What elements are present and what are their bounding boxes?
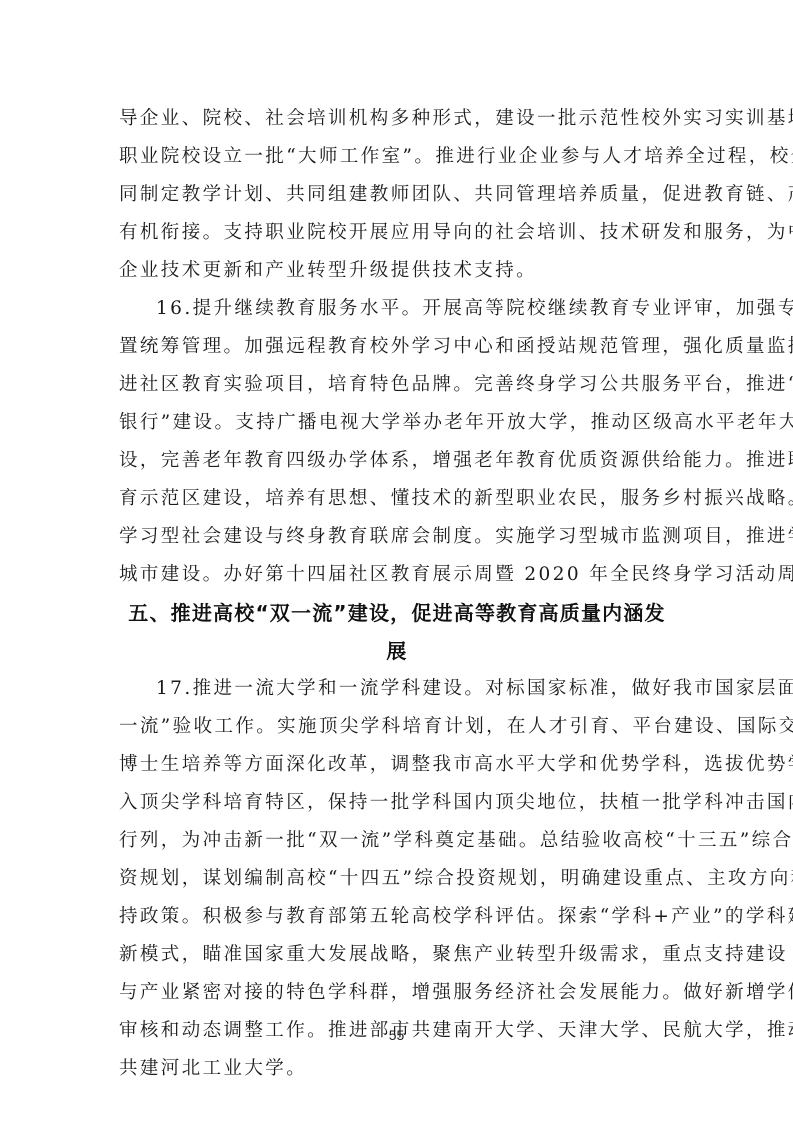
- text-line: 企业技术更新和产业转型升级提供技术支持。: [119, 252, 675, 290]
- page-number: 55: [0, 1027, 793, 1043]
- text-line: 行列，为冲击新一批“双一流”学科奠定基础。总结验收高校“十三五”综合投: [119, 822, 675, 860]
- text-line: 16.提升继续教育服务水平。开展高等院校继续教育专业评审，加强专业设: [119, 290, 675, 328]
- text-line: 有机衔接。支持职业院校开展应用导向的社会培训、技术研发和服务，为中小微: [119, 214, 675, 252]
- section-heading: 五、推进高校“双一流”建设，促进高等教育高质量内涵发展: [119, 594, 675, 670]
- text-line: 新模式，瞄准国家重大发展战略，聚焦产业转型升级需求，重点支持建设 81 个: [119, 936, 675, 974]
- text-line: 职业院校设立一批“大师工作室”。推进行业企业参与人才培养全过程，校企共: [119, 138, 675, 176]
- text-line: 持政策。积极参与教育部第五轮高校学科评估。探索“学科+产业”的学科建设: [119, 898, 675, 936]
- text-line: 城市建设。办好第十四届社区教育展示周暨 2020 年全民终身学习活动周。: [119, 556, 675, 594]
- paragraph-vocational-continued: 导企业、院校、社会培训机构多种形式，建设一批示范性校外实习实训基地。在 职业院校…: [119, 100, 675, 290]
- text-line: 设，完善老年教育四级办学体系，增强老年教育优质资源供给能力。推进职成教: [119, 442, 675, 480]
- text-line: 与产业紧密对接的特色学科群，增强服务经济社会发展能力。做好新增学位授权: [119, 974, 675, 1012]
- text-line: 博士生培养等方面深化改革，调整我市高水平大学和优势学科，选拔优势学科进: [119, 746, 675, 784]
- document-page: 导企业、院校、社会培训机构多种形式，建设一批示范性校外实习实训基地。在 职业院校…: [119, 100, 675, 1088]
- text-line: 一流”验收工作。实施顶尖学科培育计划，在人才引育、平台建设、国际交流、: [119, 708, 675, 746]
- text-line: 资规划，谋划编制高校“十四五”综合投资规划，明确建设重点、主攻方向和支: [119, 860, 675, 898]
- text-line: 导企业、院校、社会培训机构多种形式，建设一批示范性校外实习实训基地。在: [119, 100, 675, 138]
- text-line: 同制定教学计划、共同组建教师团队、共同管理培养质量，促进教育链、产业链: [119, 176, 675, 214]
- text-line: 进社区教育实验项目，培育特色品牌。完善终身学习公共服务平台，推进“学分: [119, 366, 675, 404]
- text-line: 共建河北工业大学。: [119, 1050, 675, 1088]
- text-line: 育示范区建设，培养有思想、懂技术的新型职业农民，服务乡村振兴战略。建立: [119, 480, 675, 518]
- text-line: 入顶尖学科培育特区，保持一批学科国内顶尖地位，扶植一批学科冲击国内顶尖: [119, 784, 675, 822]
- text-line: 置统筹管理。加强远程教育校外学习中心和函授站规范管理，强化质量监控。推: [119, 328, 675, 366]
- text-line: 17.推进一流大学和一流学科建设。对标国家标准，做好我市国家层面“双: [119, 670, 675, 708]
- text-line: 学习型社会建设与终身教育联席会制度。实施学习型城市监测项目，推进学习型: [119, 518, 675, 556]
- text-line: 银行”建设。支持广播电视大学举办老年开放大学，推动区级高水平老年大学建: [119, 404, 675, 442]
- paragraph-17-double-first-class: 17.推进一流大学和一流学科建设。对标国家标准，做好我市国家层面“双 一流”验收…: [119, 670, 675, 1088]
- paragraph-16-continuing-education: 16.提升继续教育服务水平。开展高等院校继续教育专业评审，加强专业设 置统筹管理…: [119, 290, 675, 594]
